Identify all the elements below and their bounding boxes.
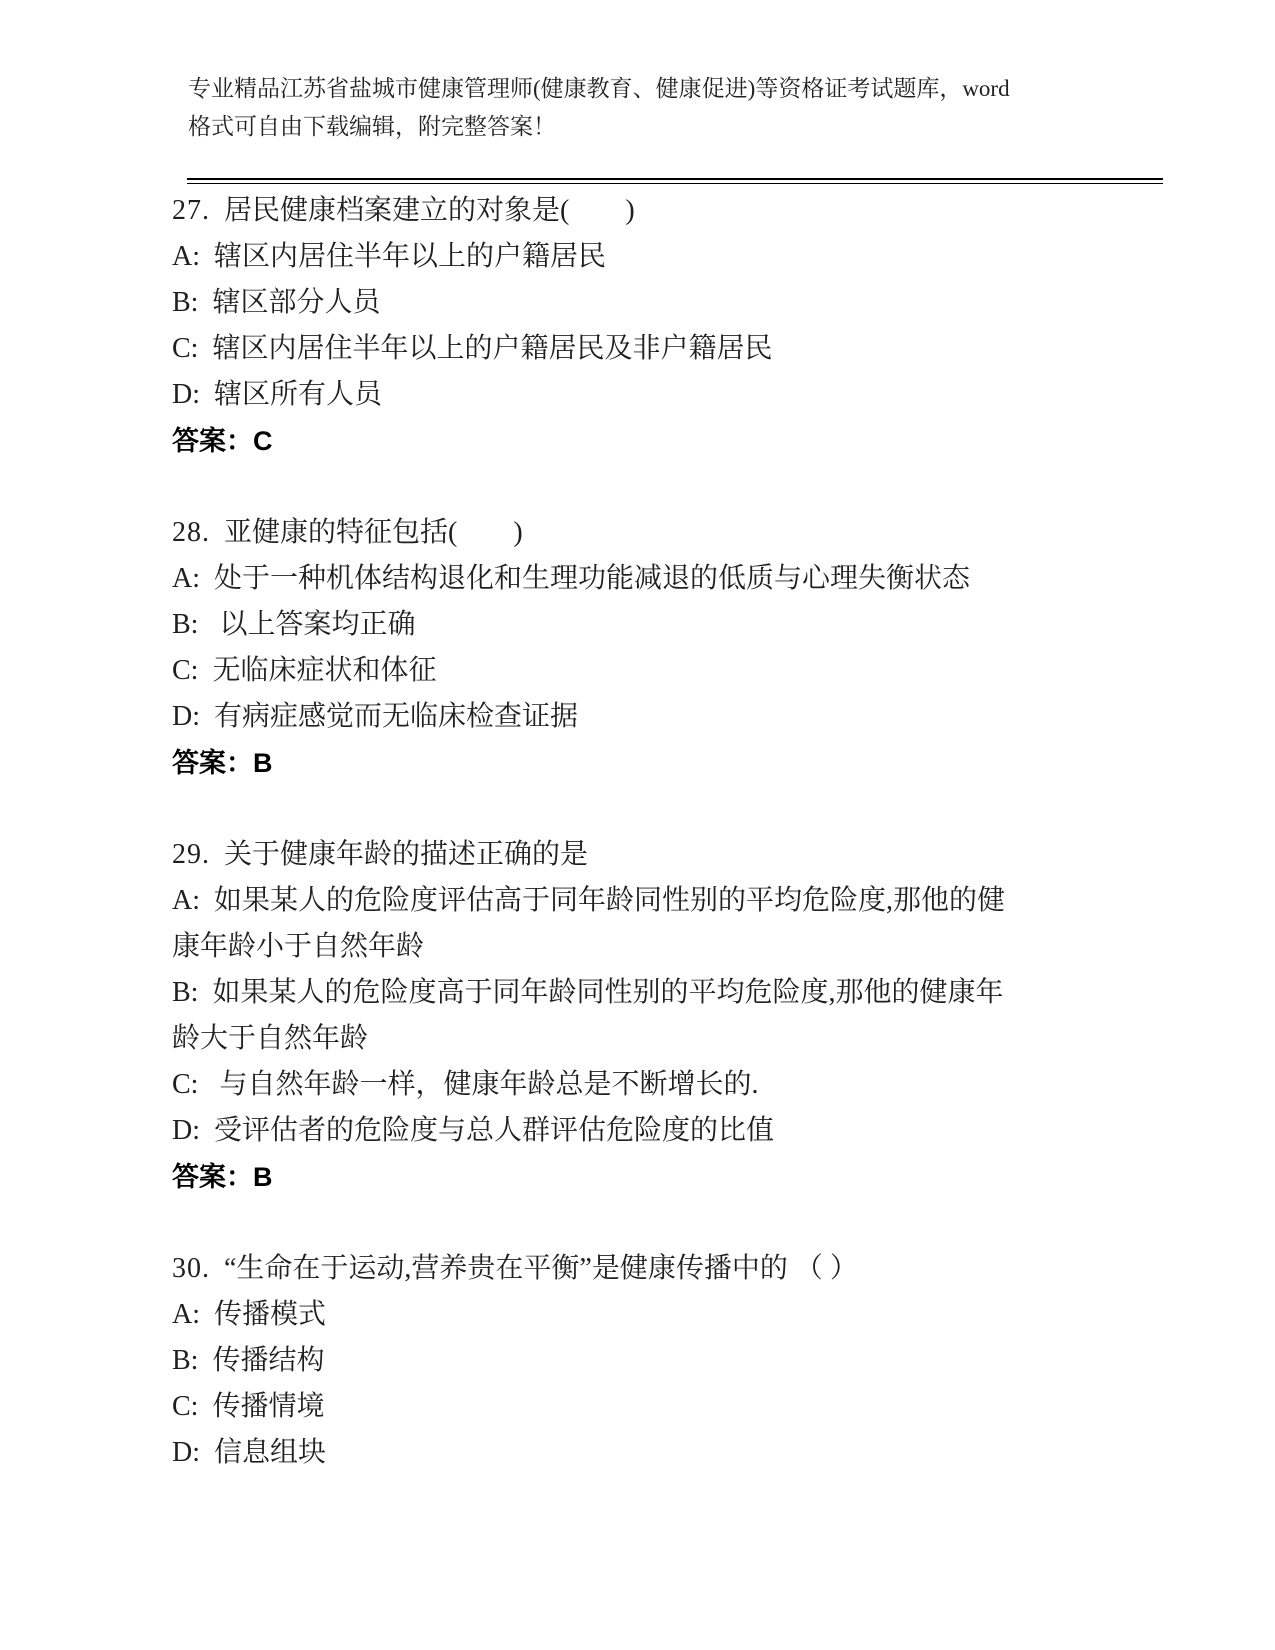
answer-line: 答案：B	[172, 740, 1104, 786]
option-label: B:	[172, 280, 198, 326]
answer-value: B	[253, 1162, 273, 1192]
question-block-27: 27.居民健康档案建立的对象是( ) A:辖区内居住半年以上的户籍居民 B:辖区…	[172, 188, 1104, 464]
question-list: 27.居民健康档案建立的对象是( ) A:辖区内居住半年以上的户籍居民 B:辖区…	[172, 188, 1104, 1522]
option-line-c: C: 与自然年龄一样，健康年龄总是不断增长的.	[172, 1062, 1104, 1108]
option-line-c: C:传播情境	[172, 1384, 1104, 1430]
page-header: 专业精品江苏省盐城市健康管理师(健康教育、健康促进)等资格证考试题库，word …	[188, 70, 1093, 146]
option-text: 辖区内居住半年以上的户籍居民	[214, 241, 606, 272]
option-text: 如果某人的危险度评估高于同年龄同性别的平均危险度,那他的健	[214, 885, 1005, 916]
question-stem: “生命在于运动,营养贵在平衡”是健康传播中的 （ ）	[224, 1253, 858, 1284]
option-text: 辖区部分人员	[212, 287, 380, 318]
option-text: 传播情境	[212, 1391, 324, 1422]
option-label: C:	[172, 326, 198, 372]
question-stem: 亚健康的特征包括( )	[224, 517, 523, 548]
question-stem: 关于健康年龄的描述正确的是	[224, 839, 588, 870]
option-text: 信息组块	[214, 1437, 326, 1468]
question-number: 29.	[172, 832, 210, 878]
question-stem-line: 30.“生命在于运动,营养贵在平衡”是健康传播中的 （ ）	[172, 1246, 1104, 1292]
answer-label: 答案：	[172, 426, 253, 456]
option-text: 传播结构	[212, 1345, 324, 1376]
question-block-29: 29.关于健康年龄的描述正确的是 A:如果某人的危险度评估高于同年龄同性别的平均…	[172, 832, 1104, 1200]
answer-label: 答案：	[172, 748, 253, 778]
question-block-28: 28.亚健康的特征包括( ) A:处于一种机体结构退化和生理功能减退的低质与心理…	[172, 510, 1104, 786]
option-line-b-continuation: 龄大于自然年龄	[172, 1016, 1104, 1062]
option-label: B:	[172, 602, 198, 648]
option-text: 辖区所有人员	[214, 379, 382, 410]
option-text: 与自然年龄一样，健康年龄总是不断增长的.	[212, 1069, 758, 1100]
question-stem: 居民健康档案建立的对象是( )	[224, 195, 635, 226]
option-line-a: A:如果某人的危险度评估高于同年龄同性别的平均危险度,那他的健	[172, 878, 1104, 924]
option-line-d: D:受评估者的危险度与总人群评估危险度的比值	[172, 1108, 1104, 1154]
option-label: B:	[172, 1338, 198, 1384]
option-label: C:	[172, 648, 198, 694]
header-divider	[187, 178, 1163, 184]
answer-line: 答案：C	[172, 418, 1104, 464]
question-stem-line: 27.居民健康档案建立的对象是( )	[172, 188, 1104, 234]
option-line-c: C:辖区内居住半年以上的户籍居民及非户籍居民	[172, 326, 1104, 372]
option-text: 辖区内居住半年以上的户籍居民及非户籍居民	[212, 333, 772, 364]
option-line-b: B:辖区部分人员	[172, 280, 1104, 326]
option-label: D:	[172, 694, 200, 740]
option-label: A:	[172, 1292, 200, 1338]
option-label: D:	[172, 1108, 200, 1154]
option-line-b: B: 以上答案均正确	[172, 602, 1104, 648]
option-text: 传播模式	[214, 1299, 326, 1330]
option-text: 无临床症状和体征	[212, 655, 436, 686]
option-line-b: B:传播结构	[172, 1338, 1104, 1384]
option-text: 有病症感觉而无临床检查证据	[214, 701, 578, 732]
option-text: 如果某人的危险度高于同年龄同性别的平均危险度,那他的健康年	[212, 977, 1003, 1008]
option-text: 以上答案均正确	[212, 609, 415, 640]
header-line-2: 格式可自由下载编辑，附完整答案！	[188, 108, 1093, 146]
answer-line: 答案：B	[172, 1154, 1104, 1200]
answer-value: C	[253, 426, 273, 456]
option-label: A:	[172, 234, 200, 280]
option-label: D:	[172, 372, 200, 418]
option-line-a: A:辖区内居住半年以上的户籍居民	[172, 234, 1104, 280]
option-label: A:	[172, 556, 200, 602]
option-line-a: A:处于一种机体结构退化和生理功能减退的低质与心理失衡状态	[172, 556, 1104, 602]
option-line-d: D:信息组块	[172, 1430, 1104, 1476]
question-stem-line: 28.亚健康的特征包括( )	[172, 510, 1104, 556]
question-stem-line: 29.关于健康年龄的描述正确的是	[172, 832, 1104, 878]
option-line-a: A:传播模式	[172, 1292, 1104, 1338]
option-line-d: D:辖区所有人员	[172, 372, 1104, 418]
question-number: 28.	[172, 510, 210, 556]
answer-value: B	[253, 748, 273, 778]
option-line-a-continuation: 康年龄小于自然年龄	[172, 924, 1104, 970]
answer-label: 答案：	[172, 1162, 253, 1192]
question-number: 30.	[172, 1246, 210, 1292]
option-label: A:	[172, 878, 200, 924]
option-line-d: D:有病症感觉而无临床检查证据	[172, 694, 1104, 740]
option-label: C:	[172, 1384, 198, 1430]
question-number: 27.	[172, 188, 210, 234]
question-block-30: 30.“生命在于运动,营养贵在平衡”是健康传播中的 （ ） A:传播模式 B:传…	[172, 1246, 1104, 1476]
document-page: 专业精品江苏省盐城市健康管理师(健康教育、健康促进)等资格证考试题库，word …	[0, 0, 1275, 1650]
option-line-b: B:如果某人的危险度高于同年龄同性别的平均危险度,那他的健康年	[172, 970, 1104, 1016]
header-line-1: 专业精品江苏省盐城市健康管理师(健康教育、健康促进)等资格证考试题库，word	[188, 70, 1093, 108]
option-label: B:	[172, 970, 198, 1016]
option-label: D:	[172, 1430, 200, 1476]
option-text: 处于一种机体结构退化和生理功能减退的低质与心理失衡状态	[214, 563, 970, 594]
option-label: C:	[172, 1062, 198, 1108]
option-text: 受评估者的危险度与总人群评估危险度的比值	[214, 1115, 774, 1146]
option-line-c: C:无临床症状和体征	[172, 648, 1104, 694]
